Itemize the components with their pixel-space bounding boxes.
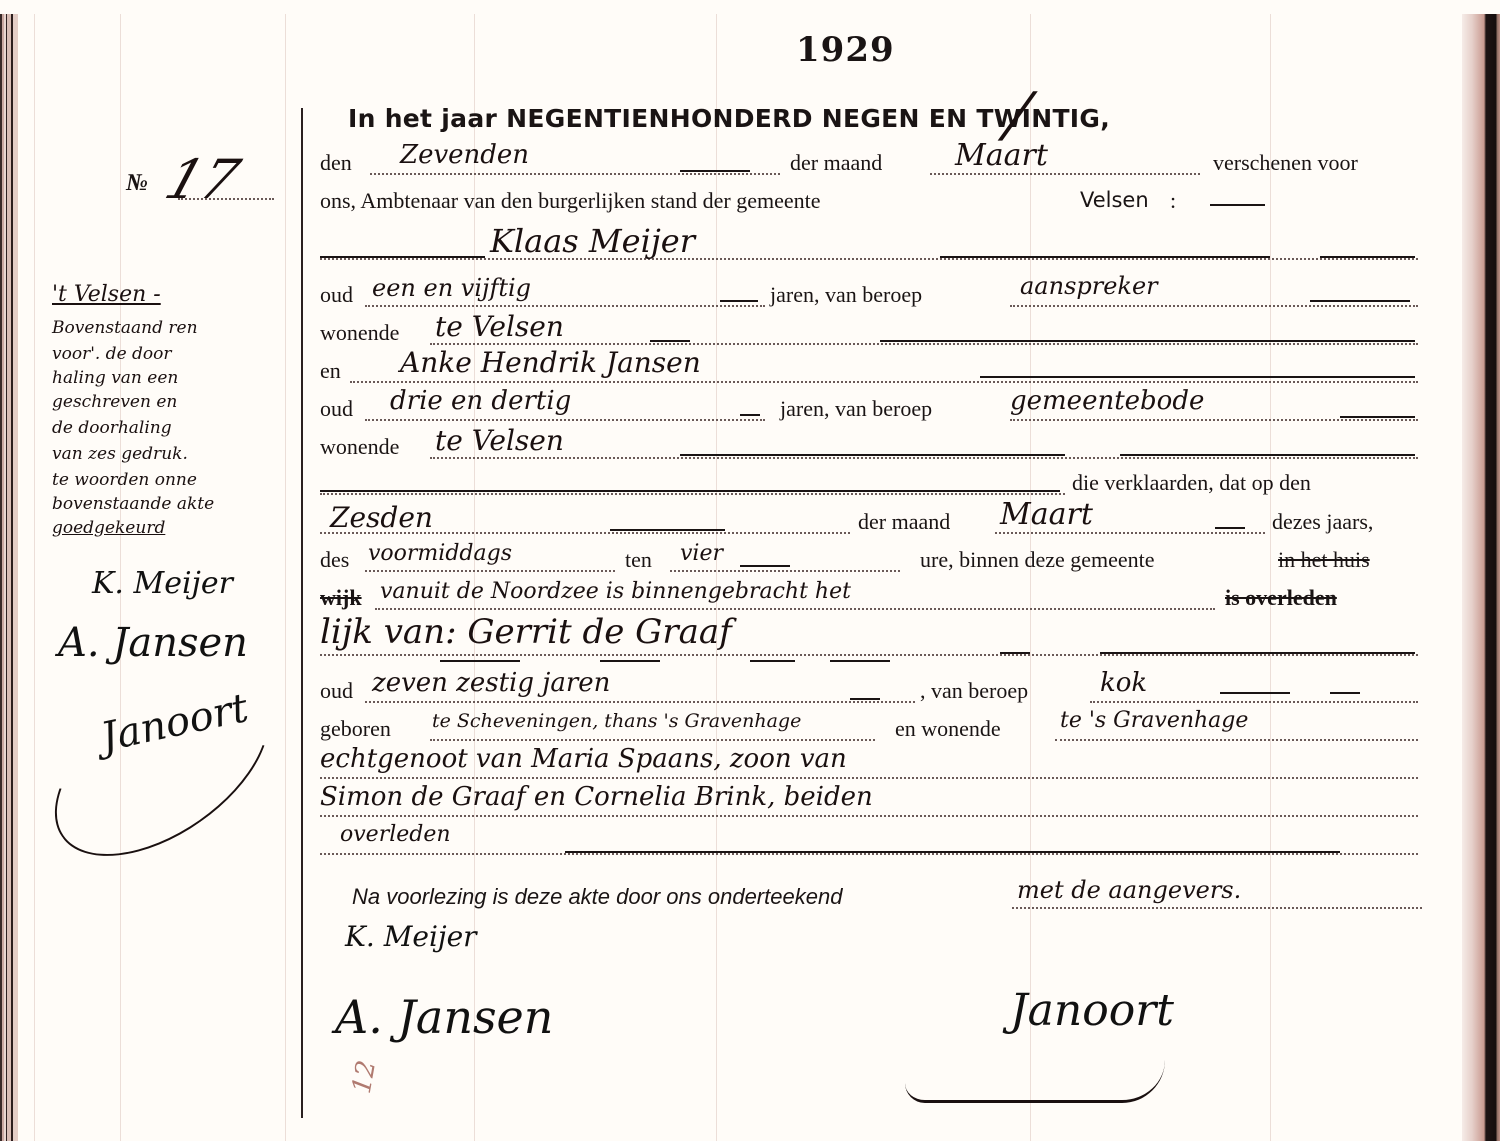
fill-line	[1055, 739, 1418, 741]
margin-signature-jansen: A. Jansen	[58, 620, 248, 666]
month-value: Maart	[955, 138, 1048, 173]
label-des: des	[320, 547, 349, 573]
fill-line	[670, 570, 900, 572]
margin-note-line: Bovenstaand ren	[52, 318, 198, 338]
filler-dash	[1330, 692, 1360, 694]
margin-note-line: voor'. de door	[52, 344, 172, 364]
declarant1-age: een en vijftig	[372, 274, 531, 302]
margin-note-line: van zes gedruk.	[52, 444, 188, 464]
closing-handwritten: met de aangevers.	[1017, 876, 1241, 904]
struck-wijk: wijk	[320, 585, 362, 611]
label-ure-gemeente: ure, binnen deze gemeente	[920, 547, 1155, 573]
fill-line	[1090, 701, 1418, 703]
signature-official: Janoort	[1010, 985, 1174, 1036]
filler-dash	[880, 340, 1415, 342]
label-oud: oud	[320, 678, 353, 704]
struck-is-overleden: is overleden	[1225, 585, 1337, 611]
birthplace: te Scheveningen, thans 's Gravenhage	[432, 710, 801, 732]
right-binding-edge	[1462, 14, 1500, 1141]
margin-note-line: te woorden onne	[52, 470, 197, 490]
signature-flourish	[905, 1060, 1165, 1103]
label-en: en	[320, 358, 341, 384]
declarant1-occupation: aanspreker	[1020, 272, 1158, 300]
label-geboren: geboren	[320, 716, 391, 742]
fill-line	[365, 570, 615, 572]
filler-dash	[980, 376, 1415, 378]
fill-line	[370, 173, 780, 175]
filler-dash	[320, 256, 485, 258]
declared-text: die verklaarden, dat op den	[1072, 470, 1311, 496]
filler-dash	[1215, 527, 1245, 529]
declarant2-name: Anke Hendrik Jansen	[400, 346, 701, 379]
fill-line	[430, 739, 875, 741]
colon: :	[1170, 188, 1176, 214]
fill-line	[1010, 305, 1418, 307]
filler-dash	[1120, 454, 1415, 456]
label-ten: ten	[625, 547, 652, 573]
parents-status: overleden	[340, 822, 451, 847]
margin-signature-meijer: K. Meijer	[92, 566, 233, 601]
form-line-deceased: lijk van: Gerrit de Graaf	[320, 624, 1418, 658]
filler-dash	[680, 170, 750, 172]
closing-line: Na voorlezing is deze akte door ons onde…	[352, 880, 1418, 914]
pencil-mark: 12	[347, 1058, 382, 1096]
fill-line	[1012, 907, 1422, 909]
deceased-occupation: kok	[1100, 668, 1147, 698]
document-heading: In het jaar NEGENTIENHONDERD NEGEN EN TW…	[348, 104, 1110, 133]
label-der-maand: der maand	[790, 150, 882, 176]
deceased-residence: te 's Gravenhage	[1060, 708, 1248, 733]
left-binding-edge	[0, 14, 18, 1141]
fill-line	[320, 853, 1418, 855]
form-line-declarant2: en Anke Hendrik Jansen	[320, 354, 1418, 388]
year-heading: 1929	[796, 30, 895, 70]
filler-dash	[740, 414, 760, 416]
official-text: ons, Ambtenaar van den burgerlijken stan…	[320, 188, 821, 214]
margin-guide	[34, 14, 35, 1141]
closing-text: Na voorlezing is deze akte door ons onde…	[352, 884, 842, 910]
declarant2-residence: te Velsen	[435, 424, 564, 457]
form-line-death-date: Zesden der maand Maart dezes jaars,	[320, 505, 1418, 539]
margin-guide	[285, 14, 286, 1141]
fill-line	[375, 608, 1215, 610]
filler-dash	[440, 660, 520, 662]
filler-dash	[1000, 652, 1030, 654]
form-line-deceased-status: overleden	[320, 826, 1418, 860]
filler-dash	[650, 340, 690, 342]
filler-dash	[320, 490, 1060, 492]
margin-note-line: de doorhaling	[52, 418, 172, 438]
form-line-declarant1-residence: wonende te Velsen	[320, 316, 1418, 350]
filler-dash	[720, 300, 758, 302]
form-line-declarant1-age: oud een en vijftig jaren, van beroep aan…	[320, 278, 1418, 312]
form-line-declarant2-residence: wonende te Velsen	[320, 430, 1418, 464]
filler-dash	[1210, 204, 1265, 206]
signature-declarant2: A. Jansen	[335, 990, 553, 1044]
filler-dash	[1340, 416, 1415, 418]
filler-dash	[1320, 256, 1415, 258]
label-oud: oud	[320, 282, 353, 308]
margin-signature-flourish	[24, 642, 301, 892]
parents-text: Simon de Graaf en Cornelia Brink, beiden	[320, 782, 873, 812]
label-en-wonende: en wonende	[895, 716, 1001, 742]
location-text: vanuit de Noordzee is binnengebracht het	[380, 579, 851, 604]
filler-dash	[940, 256, 1270, 258]
deceased-name: lijk van: Gerrit de Graaf	[320, 612, 732, 652]
filler-dash	[830, 660, 890, 662]
label-der-maand: der maand	[858, 509, 950, 535]
fill-line	[320, 654, 1418, 656]
fill-line	[320, 493, 1065, 495]
municipality: Velsen	[1080, 188, 1149, 212]
margin-note-line: haling van een	[52, 368, 178, 388]
record-number-label: №	[126, 170, 148, 197]
margin-note-line: bovenstaande akte	[52, 494, 214, 514]
declarant1-name: Klaas Meijer	[490, 222, 695, 260]
label-van-beroep: , van beroep	[920, 678, 1028, 704]
fill-line	[430, 343, 1418, 345]
struck-in-het-huis: in het huis	[1278, 547, 1370, 573]
label-den: den	[320, 150, 352, 176]
daypart: voormiddags	[368, 541, 512, 566]
form-line-official: ons, Ambtenaar van den burgerlijken stan…	[320, 184, 1418, 218]
filler-dash	[740, 565, 790, 567]
form-line-date: den Zevenden der maand Maart verschenen …	[320, 146, 1418, 180]
margin-note-line: 't Velsen -	[52, 282, 161, 307]
label-oud: oud	[320, 396, 353, 422]
form-line-spouse: echtgenoot van Maria Spaans, zoon van	[320, 750, 1418, 784]
form-line-deceased-age: oud zeven zestig jaren , van beroep kok	[320, 674, 1418, 708]
declarant2-age: drie en dertig	[390, 386, 571, 416]
declarant2-occupation: gemeentebode	[1010, 386, 1204, 416]
label-dezes-jaars: dezes jaars,	[1272, 509, 1373, 535]
fill-line	[320, 258, 1418, 260]
label-wonende: wonende	[320, 434, 399, 460]
form-line-declarant2-age: oud drie en dertig jaren, van beroep gem…	[320, 392, 1418, 426]
form-line-location: wijk vanuit de Noordzee is binnengebrach…	[320, 581, 1418, 615]
filler-dash	[1310, 300, 1410, 302]
death-month: Maart	[1000, 497, 1093, 532]
fill-line	[320, 815, 1418, 817]
death-hour: vier	[680, 541, 723, 566]
filler-dash	[610, 529, 725, 531]
label-verschenen: verschenen voor	[1213, 150, 1358, 176]
fill-line	[320, 777, 1418, 779]
form-line-declared: die verklaarden, dat op den	[320, 466, 1418, 500]
margin-note-line: goedgekeurd	[52, 518, 165, 538]
label-jaren-beroep: jaren, van beroep	[780, 396, 932, 422]
label-wonende: wonende	[320, 320, 399, 346]
filler-dash	[750, 660, 795, 662]
filler-dash	[850, 698, 880, 700]
margin-rule	[301, 108, 303, 1118]
day-value: Zevenden	[400, 140, 529, 170]
fill-line	[365, 701, 915, 703]
label-jaren-beroep: jaren, van beroep	[770, 282, 922, 308]
filler-dash	[565, 851, 1340, 853]
filler-dash	[600, 660, 660, 662]
filler-dash	[680, 454, 1065, 456]
fill-line	[995, 532, 1265, 534]
filler-dash	[1100, 652, 1415, 654]
form-line-birthplace: geboren te Scheveningen, thans 's Graven…	[320, 712, 1418, 746]
signature-declarant1: K. Meijer	[345, 920, 477, 953]
record-number-line	[178, 198, 274, 200]
fill-line	[1010, 419, 1418, 421]
margin-note-line: geschreven en	[52, 392, 177, 412]
death-day: Zesden	[330, 501, 433, 534]
spouse-text: echtgenoot van Maria Spaans, zoon van	[320, 744, 847, 774]
filler-dash	[1220, 692, 1290, 694]
fill-line	[430, 457, 1418, 459]
fill-line	[365, 419, 765, 421]
record-number: 17	[158, 148, 247, 211]
form-line-parents: Simon de Graaf en Cornelia Brink, beiden	[320, 788, 1418, 822]
declarant1-residence: te Velsen	[435, 310, 564, 343]
fill-line	[365, 305, 765, 307]
fill-line	[930, 173, 1200, 175]
deceased-age: zeven zestig jaren	[372, 668, 610, 698]
form-line-death-time: des voormiddags ten vier ure, binnen dez…	[320, 543, 1418, 577]
fill-line	[350, 381, 1418, 383]
form-line-declarant1: Klaas Meijer	[320, 228, 1418, 262]
